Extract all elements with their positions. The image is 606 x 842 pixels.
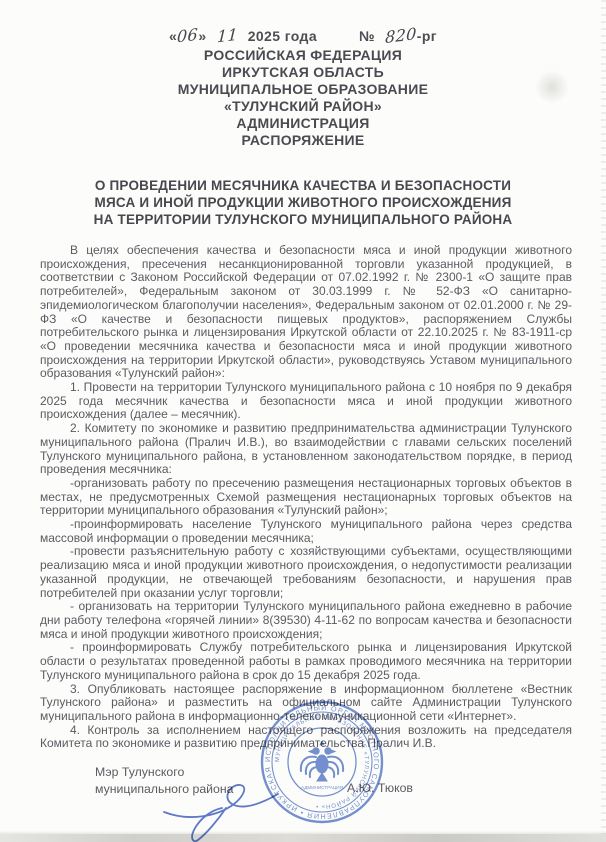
paragraph-item-1: 1. Провести на территории Тулунского мун…: [40, 381, 572, 422]
handwritten-day: 06: [177, 25, 199, 47]
document-page: «06»112025 года№820-рг РОССИЙСКАЯ ФЕДЕРА…: [0, 0, 606, 842]
letterhead-line-federation: РОССИЙСКАЯ ФЕДЕРАЦИЯ: [0, 47, 606, 64]
number-sign: №: [359, 28, 375, 44]
date-close-quote: »: [198, 28, 206, 44]
paragraph-item-2: 2. Комитету по экономике и развитию пред…: [40, 422, 572, 477]
letterhead-line-district: «ТУЛУНСКИЙ РАЙОН»: [0, 98, 606, 115]
paragraph-subitem-2: -проинформировать население Тулунского м…: [40, 518, 572, 545]
letterhead-line-administration: АДМИНИСТРАЦИЯ: [0, 115, 606, 132]
title-line: О ПРОВЕДЕНИИ МЕСЯЧНИКА КАЧЕСТВА И БЕЗОПА…: [33, 177, 573, 194]
stamp-center-caption: АДМИНИСТРАЦИЯ: [301, 785, 343, 790]
title-line: МЯСА И ИНОЙ ПРОДУКЦИИ ЖИВОТНОГО ПРОИСХОЖ…: [33, 194, 573, 211]
date-year: 2025 года: [248, 28, 317, 44]
paragraph-preamble: В целях обеспечения качества и безопасно…: [40, 244, 572, 381]
handwritten-month: 11: [216, 25, 238, 47]
paragraph-subitem-1: -организовать работу по пресечению разме…: [40, 477, 572, 518]
letterhead: РОССИЙСКАЯ ФЕДЕРАЦИЯ ИРКУТСКАЯ ОБЛАСТЬ М…: [0, 47, 606, 149]
paragraph-subitem-5: - проинформировать Службу потребительско…: [40, 641, 572, 682]
number-suffix: -рг: [417, 28, 437, 44]
letterhead-line-doc-type: РАСПОРЯЖЕНИЕ: [0, 132, 606, 149]
document-title: О ПРОВЕДЕНИИ МЕСЯЧНИКА КАЧЕСТВА И БЕЗОПА…: [33, 177, 573, 228]
stamp-eagle-icon: [301, 741, 343, 781]
title-line: НА ТЕРРИТОРИИ ТУЛУНСКОГО МУНИЦИПАЛЬНОГО …: [33, 211, 573, 228]
paragraph-subitem-4: - организовать на территории Тулунского …: [40, 600, 572, 641]
handwritten-number: 820: [385, 24, 418, 47]
official-stamp: ИСПОЛНИТЕЛЬНЫЙ ОРГАН МЕСТНОГО САМОУПРАВЛ…: [247, 687, 397, 837]
letterhead-line-municipality: МУНИЦИПАЛЬНОЕ ОБРАЗОВАНИЕ: [0, 81, 606, 98]
document-body: В целях обеспечения качества и безопасно…: [40, 244, 572, 751]
letterhead-line-region: ИРКУТСКАЯ ОБЛАСТЬ: [0, 64, 606, 81]
date-number-line: «06»112025 года№820-рг: [0, 26, 606, 45]
paragraph-subitem-3: -провести разъяснительную работу с хозяй…: [40, 545, 572, 600]
